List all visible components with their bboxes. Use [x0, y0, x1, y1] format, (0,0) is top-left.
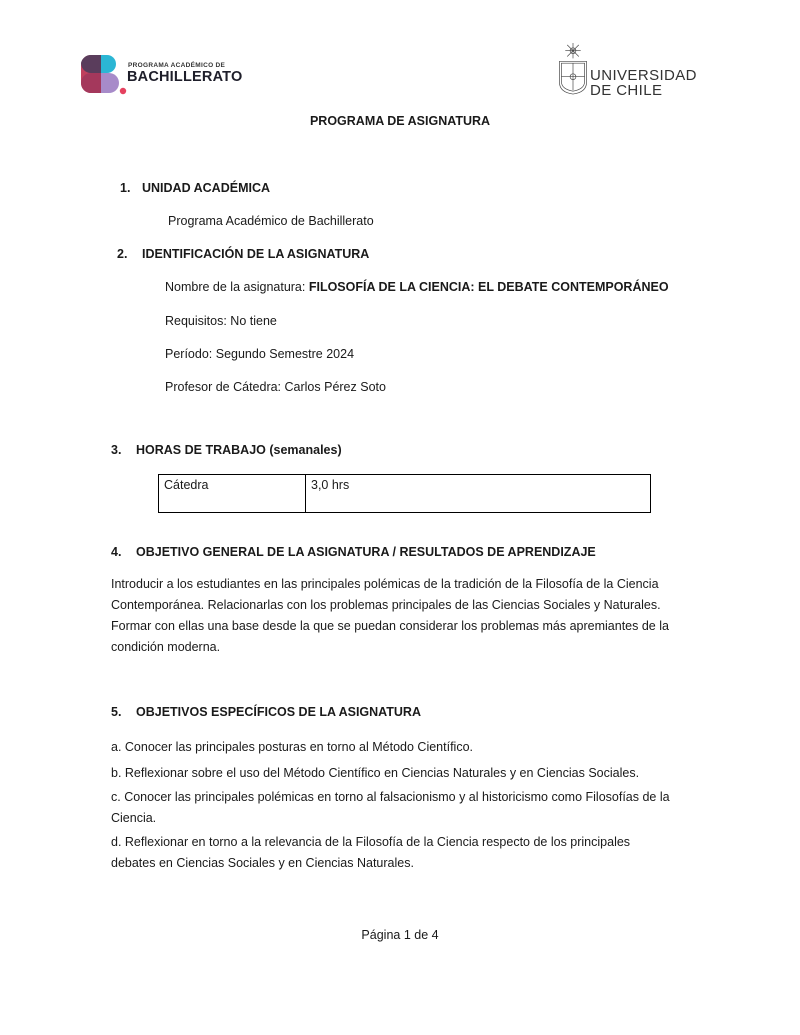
horas-label: Cátedra	[159, 475, 306, 513]
profesor: Profesor de Cátedra: Carlos Pérez Soto	[165, 380, 386, 394]
bachillerato-logo: PROGRAMA ACADÉMICO DE BACHILLERATO	[79, 53, 244, 95]
logo-title: BACHILLERATO	[127, 69, 242, 85]
section-2-heading: 2.IDENTIFICACIÓN DE LA ASIGNATURA	[117, 247, 369, 261]
objetivo-general-text: Introducir a los estudiantes en las prin…	[111, 574, 691, 658]
requisitos: Requisitos: No tiene	[165, 314, 277, 328]
section-1-heading: 1.UNIDAD ACADÉMICA	[120, 181, 270, 195]
table-row: Cátedra 3,0 hrs	[159, 475, 651, 513]
section-5-heading: 5.OBJETIVOS ESPECÍFICOS DE LA ASIGNATURA	[111, 705, 421, 719]
logo-line-2: DE CHILE	[590, 82, 662, 99]
logo-subtitle: PROGRAMA ACADÉMICO DE	[128, 62, 225, 69]
section-4-heading: 4.OBJETIVO GENERAL DE LA ASIGNATURA / RE…	[111, 545, 596, 559]
bachillerato-logo-icon	[79, 53, 127, 95]
nombre-asignatura: Nombre de la asignatura: FILOSOFÍA DE LA…	[165, 280, 669, 294]
objetivo-item-b: b. Reflexionar sobre el uso del Método C…	[111, 763, 691, 784]
document-title: PROGRAMA DE ASIGNATURA	[0, 114, 800, 128]
periodo: Período: Segundo Semestre 2024	[165, 347, 354, 361]
universidad-de-chile-logo: UNIVERSIDAD DE CHILE	[556, 42, 696, 98]
section-3-heading: 3.HORAS DE TRABAJO (semanales)	[111, 443, 342, 457]
unidad-academica-value: Programa Académico de Bachillerato	[168, 214, 374, 228]
horas-value: 3,0 hrs	[306, 475, 651, 513]
objetivo-item-a: a. Conocer las principales posturas en t…	[111, 737, 691, 758]
nombre-asignatura-value: FILOSOFÍA DE LA CIENCIA: EL DEBATE CONTE…	[309, 280, 669, 294]
horas-table: Cátedra 3,0 hrs	[158, 474, 651, 513]
objetivo-item-c: c. Conocer las principales polémicas en …	[111, 787, 696, 829]
page-number: Página 1 de 4	[0, 928, 800, 942]
objetivo-item-d: d. Reflexionar en torno a la relevancia …	[111, 832, 671, 874]
universidad-de-chile-crest-icon	[556, 42, 590, 96]
